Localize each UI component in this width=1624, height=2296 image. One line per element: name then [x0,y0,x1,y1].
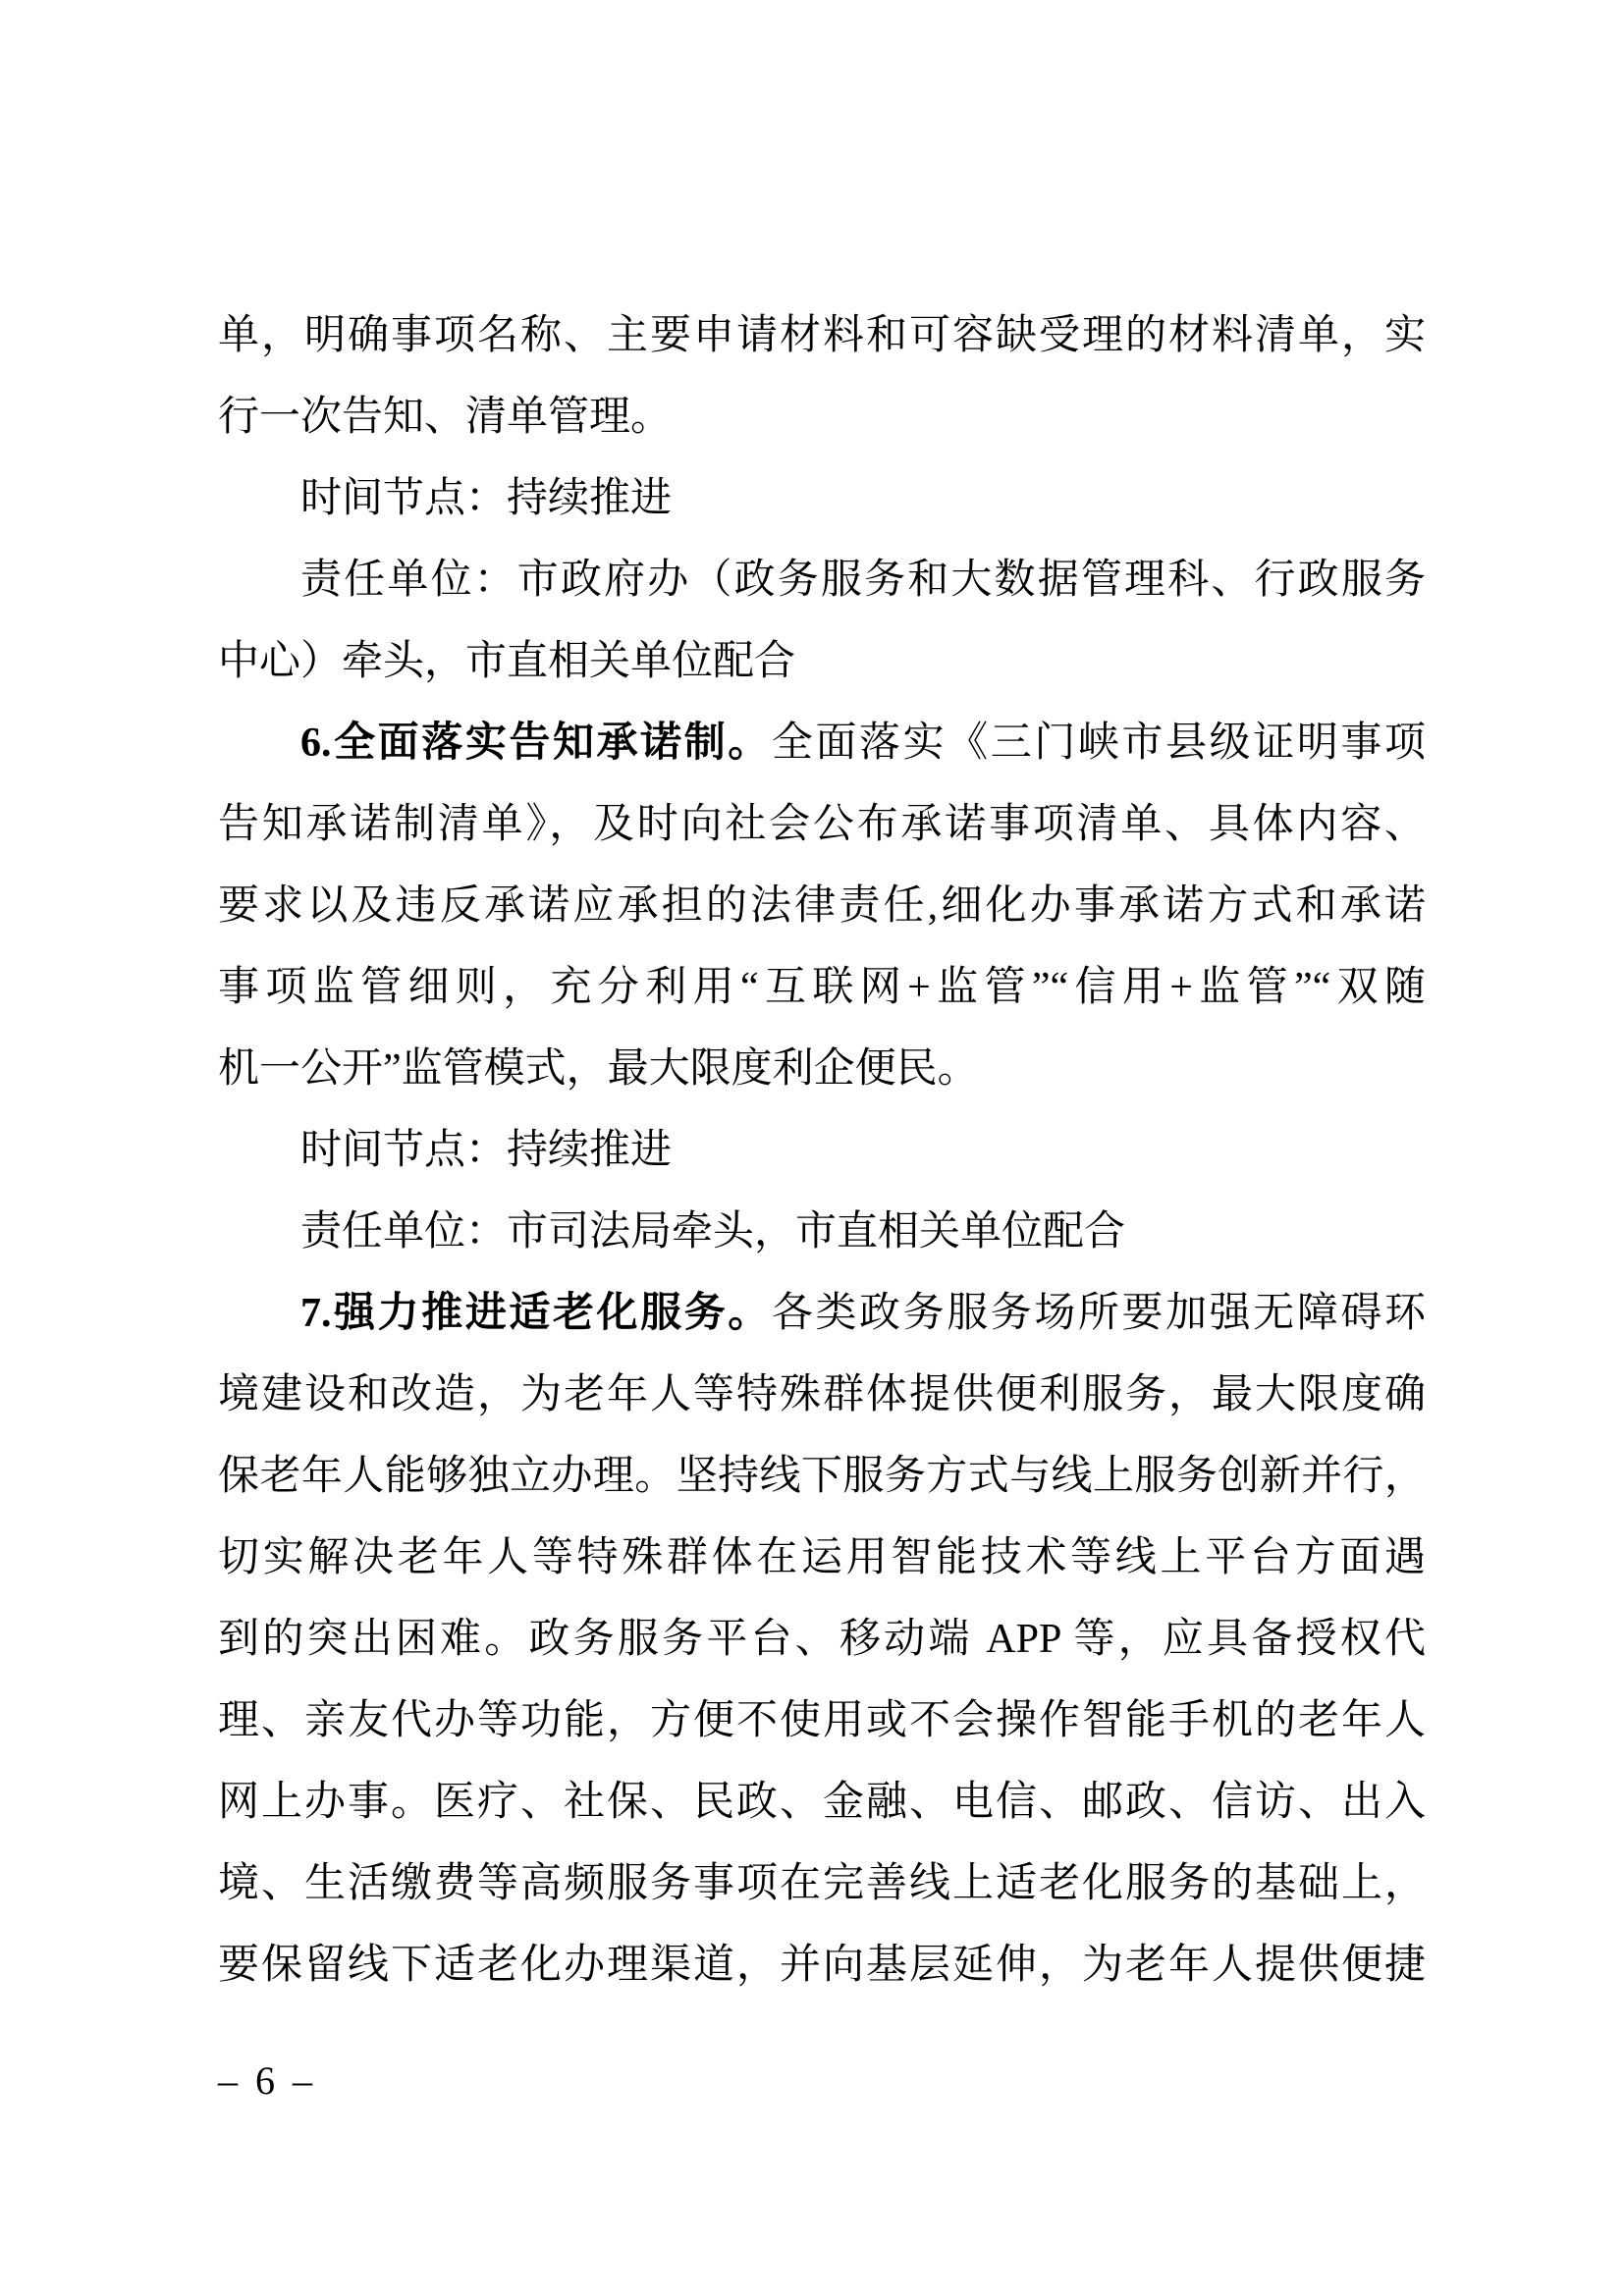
text-line: 机一公开”监管模式，最大限度利企便民。 [218,1029,1426,1110]
text-segment: 切实解决老年人等特殊群体在运用智能技术等线上平台方面遇 [218,1535,1426,1580]
section-heading-segment: 7.强力推进适老化服务。 [300,1291,772,1336]
page-number: – 6 – [218,2057,316,2105]
text-segment: 全面落实《三门峡市县级证明事项 [772,721,1426,766]
text-line: 切实解决老年人等特殊群体在运用智能技术等线上平台方面遇 [218,1518,1426,1599]
document-body: 单，明确事项名称、主要申请材料和可容缺受理的材料清单，实行一次告知、清单管理。时… [218,295,1426,2006]
text-line: 告知承诺制清单》，及时向社会公布承诺事项清单、具体内容、 [218,784,1426,866]
text-segment: 责任单位：市政府办（政务服务和大数据管理科、行政服务 [300,558,1426,603]
text-line: 6.全面落实告知承诺制。全面落实《三门峡市县级证明事项 [218,703,1426,784]
text-segment: 到的突出困难。政务服务平台、移动端 APP 等，应具备授权代 [218,1617,1426,1662]
text-line: 7.强力推进适老化服务。各类政务服务场所要加强无障碍环 [218,1273,1426,1355]
text-line: 时间节点：持续推进 [218,458,1426,540]
text-segment: 境建设和改造，为老年人等特殊群体提供便利服务，最大限度确 [218,1372,1426,1417]
text-line: 事项监管细则，充分利用“互联网+监管”“信用+监管”“双随 [218,947,1426,1029]
text-segment: 各类政务服务场所要加强无障碍环 [772,1291,1426,1336]
text-line: 责任单位：市司法局牵头，市直相关单位配合 [218,1192,1426,1273]
text-line: 要保留线下适老化办理渠道，并向基层延伸，为老年人提供便捷 [218,1925,1426,2006]
text-segment: 责任单位：市司法局牵头，市直相关单位配合 [300,1209,1125,1255]
text-line: 境、生活缴费等高频服务事项在完善线上适老化服务的基础上， [218,1843,1426,1925]
text-segment: 时间节点：持续推进 [300,1128,672,1173]
text-line: 中心）牵头，市直相关单位配合 [218,621,1426,703]
text-line: 时间节点：持续推进 [218,1110,1426,1192]
text-line: 网上办事。医疗、社保、民政、金融、电信、邮政、信访、出入 [218,1762,1426,1843]
document-page: 单，明确事项名称、主要申请材料和可容缺受理的材料清单，实行一次告知、清单管理。时… [0,0,1624,2296]
text-segment: 境、生活缴费等高频服务事项在完善线上适老化服务的基础上， [218,1861,1426,1906]
text-segment: 机一公开”监管模式，最大限度利企便民。 [218,1046,979,1092]
text-line: 保老年人能够独立办理。坚持线下服务方式与线上服务创新并行， [218,1436,1426,1518]
text-segment: 要求以及违反承诺应承担的法律责任,细化办事承诺方式和承诺 [218,883,1426,929]
text-line: 到的突出困难。政务服务平台、移动端 APP 等，应具备授权代 [218,1599,1426,1681]
section-heading-segment: 6.全面落实告知承诺制。 [300,721,772,766]
text-segment: 单，明确事项名称、主要申请材料和可容缺受理的材料清单，实 [218,313,1426,358]
text-segment: 保老年人能够独立办理。坚持线下服务方式与线上服务创新并行， [218,1454,1426,1499]
text-line: 责任单位：市政府办（政务服务和大数据管理科、行政服务 [218,540,1426,621]
text-segment: 中心）牵头，市直相关单位配合 [218,639,795,684]
text-segment: 行一次告知、清单管理。 [218,395,672,440]
text-line: 理、亲友代办等功能，方便不使用或不会操作智能手机的老年人 [218,1681,1426,1762]
text-segment: 告知承诺制清单》，及时向社会公布承诺事项清单、具体内容、 [218,802,1426,847]
text-segment: 事项监管细则，充分利用“互联网+监管”“信用+监管”“双随 [218,965,1426,1010]
text-line: 单，明确事项名称、主要申请材料和可容缺受理的材料清单，实 [218,295,1426,377]
text-segment: 网上办事。医疗、社保、民政、金融、电信、邮政、信访、出入 [218,1780,1426,1825]
text-segment: 时间节点：持续推进 [300,476,672,521]
text-line: 境建设和改造，为老年人等特殊群体提供便利服务，最大限度确 [218,1355,1426,1436]
text-line: 要求以及违反承诺应承担的法律责任,细化办事承诺方式和承诺 [218,866,1426,947]
text-line: 行一次告知、清单管理。 [218,377,1426,458]
text-segment: 要保留线下适老化办理渠道，并向基层延伸，为老年人提供便捷 [218,1943,1426,1988]
text-segment: 理、亲友代办等功能，方便不使用或不会操作智能手机的老年人 [218,1698,1426,1743]
